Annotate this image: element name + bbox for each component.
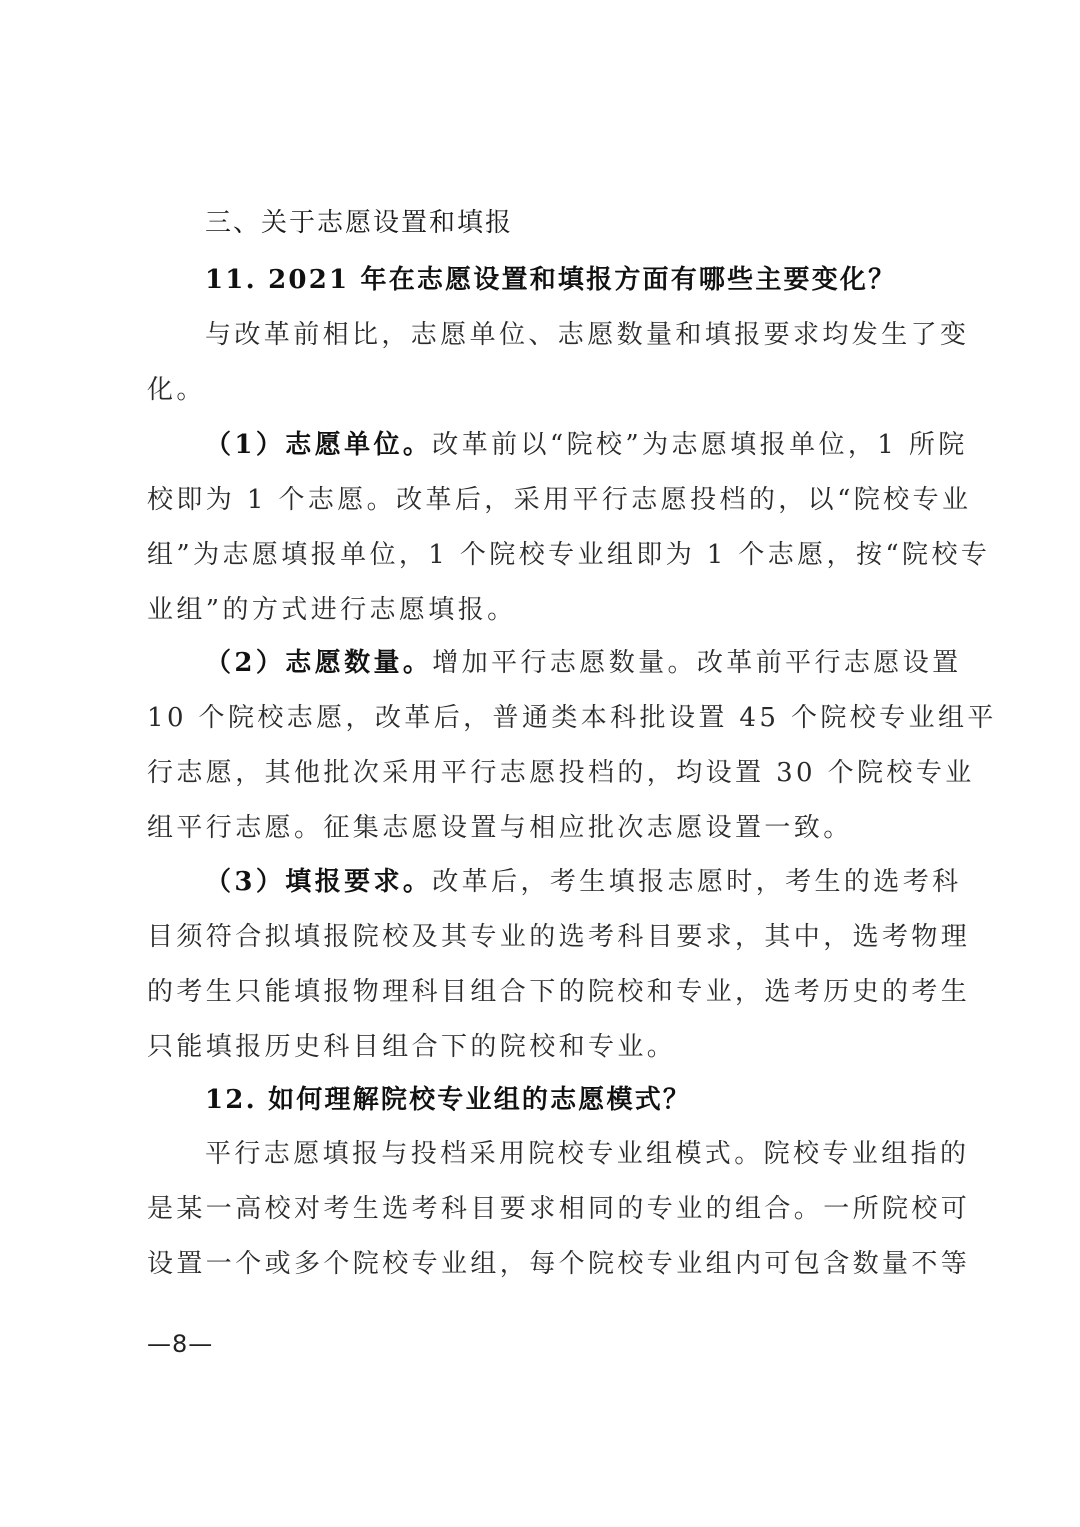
- paragraph-line: 组”为志愿填报单位，1 个院校专业组即为 1 个志愿，按“院校专: [147, 535, 947, 575]
- question-title: 2021 年在志愿设置和填报方面有哪些主要变化？: [268, 265, 896, 295]
- page-number: —8—: [147, 1330, 213, 1358]
- paragraph-line: 只能填报历史科目组合下的院校和专业。: [147, 1027, 947, 1067]
- question-title: 如何理解院校专业组的志愿模式？: [268, 1085, 691, 1115]
- paragraph-line: 是某一高校对考生选考科目要求相同的专业的组合。一所院校可: [147, 1189, 947, 1229]
- section-heading: 三、关于志愿设置和填报: [205, 203, 947, 243]
- question-11-heading: 11. 2021 年在志愿设置和填报方面有哪些主要变化？: [205, 260, 947, 300]
- paragraph-line: 目须符合拟填报院校及其专业的选考科目要求，其中，选考物理: [147, 917, 947, 957]
- paragraph-line: 业组”的方式进行志愿填报。: [147, 590, 947, 630]
- paragraph-line: 化。: [147, 370, 947, 410]
- item-text: 增加平行志愿数量。改革前平行志愿设置: [432, 648, 961, 678]
- paragraph-line: 组平行志愿。征集志愿设置与相应批次志愿设置一致。: [147, 808, 947, 848]
- paragraph-line: 的考生只能填报物理科目组合下的院校和专业，选考历史的考生: [147, 972, 947, 1012]
- item-label: （3）填报要求。: [205, 867, 432, 897]
- question-number: 11.: [205, 265, 257, 295]
- paragraph-line: 10 个院校志愿，改革后，普通类本科批设置 45 个院校专业组平: [147, 698, 947, 738]
- paragraph-line: 校即为 1 个志愿。改革后，采用平行志愿投档的，以“院校专业: [147, 480, 947, 520]
- item-1-first-line: （1）志愿单位。改革前以“院校”为志愿填报单位，1 所院: [205, 425, 947, 465]
- question-12-heading: 12. 如何理解院校专业组的志愿模式？: [205, 1080, 947, 1120]
- question-number: 12.: [205, 1085, 257, 1115]
- item-3-first-line: （3）填报要求。改革后，考生填报志愿时，考生的选考科: [205, 862, 947, 902]
- paragraph-line: 平行志愿填报与投档采用院校专业组模式。院校专业组指的: [205, 1134, 947, 1174]
- document-page: 三、关于志愿设置和填报 11. 2021 年在志愿设置和填报方面有哪些主要变化？…: [0, 0, 1080, 1527]
- item-2-first-line: （2）志愿数量。增加平行志愿数量。改革前平行志愿设置: [205, 643, 947, 683]
- item-label: （2）志愿数量。: [205, 648, 432, 678]
- paragraph-line: 设置一个或多个院校专业组，每个院校专业组内可包含数量不等: [147, 1244, 947, 1284]
- item-text: 改革前以“院校”为志愿填报单位，1 所院: [432, 430, 967, 460]
- paragraph-line: 与改革前相比，志愿单位、志愿数量和填报要求均发生了变: [205, 315, 947, 355]
- paragraph-line: 行志愿，其他批次采用平行志愿投档的，均设置 30 个院校专业: [147, 753, 947, 793]
- item-label: （1）志愿单位。: [205, 430, 432, 460]
- item-text: 改革后，考生填报志愿时，考生的选考科: [432, 867, 961, 897]
